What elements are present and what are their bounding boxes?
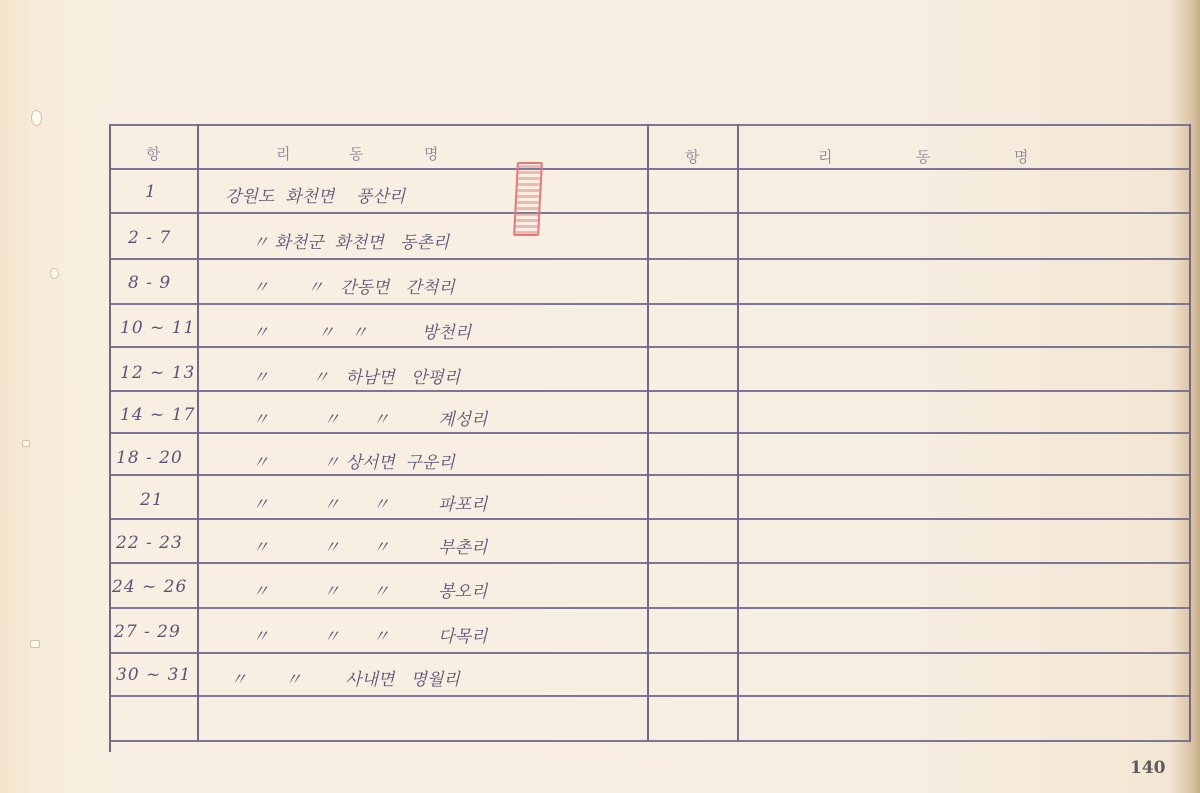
row-no: 1 bbox=[145, 182, 157, 202]
row-line bbox=[110, 607, 1190, 609]
row-name: 강원도 화천면 풍산리 bbox=[225, 182, 405, 207]
right-col-divider bbox=[737, 124, 739, 741]
right-border bbox=[1189, 124, 1191, 742]
right-header-no: 항 bbox=[685, 146, 700, 167]
row-no: 30 ~ 31 bbox=[116, 665, 191, 685]
binder-hole bbox=[50, 268, 59, 279]
row-name: 〃 〃 상서면 구운리 bbox=[252, 448, 455, 473]
row-name: 〃 〃 〃 봉오리 bbox=[252, 577, 487, 602]
row-line bbox=[110, 695, 1190, 697]
row-line bbox=[110, 432, 1190, 434]
row-no: 10 ~ 11 bbox=[120, 318, 195, 338]
header-bottom-line bbox=[110, 168, 1190, 170]
ledger-page: 항 리 동 명 항 리 동 명 1 2 - 7 8 - 9 10 ~ 11 12… bbox=[0, 0, 1200, 793]
row-line bbox=[110, 346, 1190, 348]
left-header-name-1: 리 bbox=[276, 143, 291, 164]
row-line bbox=[110, 652, 1190, 654]
row-no: 21 bbox=[140, 490, 164, 510]
center-divider bbox=[647, 124, 649, 741]
binder-hole bbox=[22, 440, 30, 447]
row-name: 〃 〃 하남면 안평리 bbox=[252, 363, 460, 388]
left-header-name-2: 동 bbox=[349, 143, 364, 164]
row-line bbox=[110, 258, 1190, 260]
binder-hole bbox=[31, 110, 42, 126]
right-header-name-1: 리 bbox=[818, 146, 833, 167]
row-no: 8 - 9 bbox=[128, 273, 171, 293]
row-line bbox=[110, 303, 1190, 305]
row-line bbox=[110, 474, 1190, 476]
table-bottom-border bbox=[110, 740, 1190, 742]
left-header-name-3: 명 bbox=[424, 143, 439, 164]
table-top-border bbox=[110, 124, 1190, 126]
row-name: 〃 〃 〃 계성리 bbox=[252, 405, 487, 430]
row-line bbox=[110, 518, 1190, 520]
row-name: 〃 〃 〃 다목리 bbox=[252, 622, 487, 647]
left-header-no: 항 bbox=[146, 143, 161, 164]
row-no: 14 ~ 17 bbox=[120, 405, 195, 425]
row-name: 〃 〃 사내면 명월리 bbox=[230, 665, 460, 690]
row-name: 〃 〃 〃 부촌리 bbox=[252, 533, 487, 558]
row-line bbox=[110, 212, 1190, 214]
binder-hole bbox=[30, 640, 40, 648]
page-number: 140 bbox=[1130, 758, 1166, 778]
row-no: 12 ~ 13 bbox=[120, 363, 195, 383]
row-no: 27 - 29 bbox=[114, 622, 181, 642]
row-no: 2 - 7 bbox=[128, 228, 171, 248]
left-border bbox=[109, 124, 111, 752]
row-no: 22 - 23 bbox=[116, 533, 183, 553]
red-seal-stamp bbox=[513, 162, 543, 236]
row-no: 24 ~ 26 bbox=[112, 577, 187, 597]
row-line bbox=[110, 390, 1190, 392]
right-header-name-3: 명 bbox=[1014, 146, 1029, 167]
row-no: 18 - 20 bbox=[116, 448, 183, 468]
row-name: 〃 〃 간동면 간척리 bbox=[252, 273, 455, 298]
row-name: 〃 화천군 화천면 동촌리 bbox=[252, 228, 449, 253]
left-col-divider bbox=[197, 124, 199, 741]
row-name: 〃 〃 〃 방천리 bbox=[252, 318, 471, 343]
right-header-name-2: 동 bbox=[916, 146, 931, 167]
row-name: 〃 〃 〃 파포리 bbox=[252, 490, 487, 515]
row-line bbox=[110, 562, 1190, 564]
